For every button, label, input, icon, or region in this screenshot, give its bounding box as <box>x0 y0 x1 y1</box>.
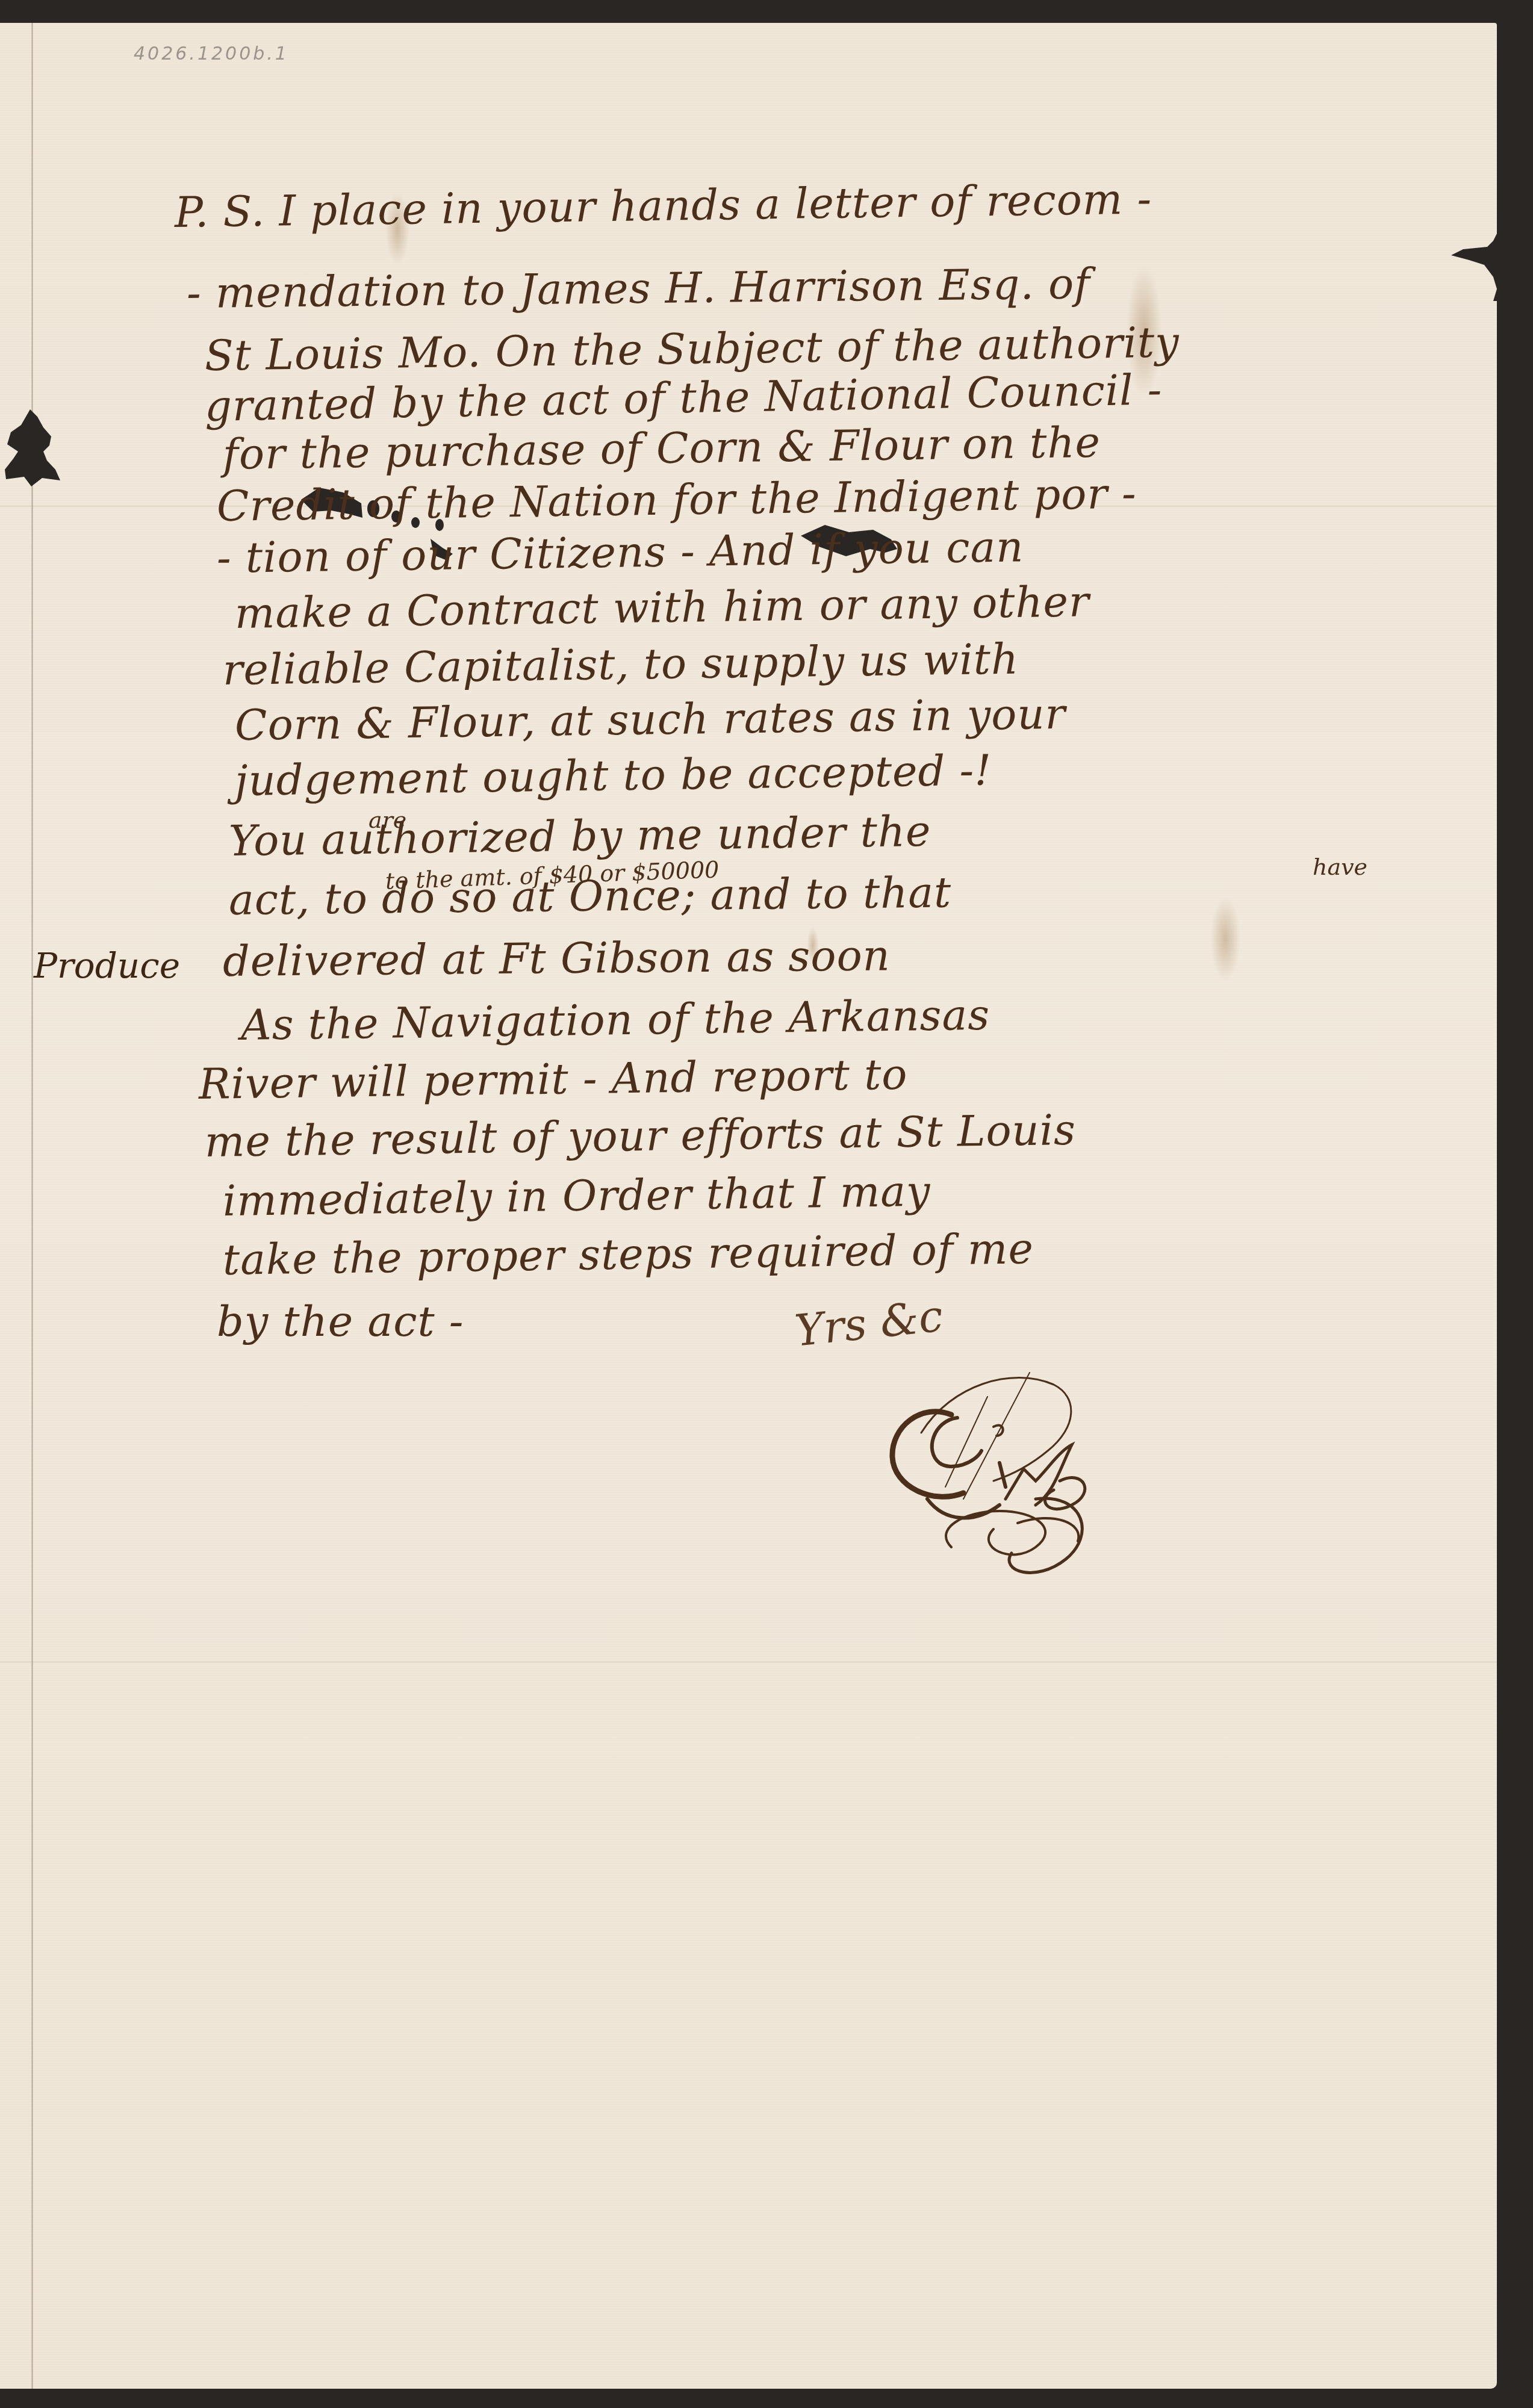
letter-line: P. S. I place in your hands a letter of … <box>175 178 1152 234</box>
letter-line: reliable Capitalist, to supply us with <box>223 638 1019 691</box>
interlinear-insertion-have: have <box>1313 854 1367 880</box>
closing-salutation: Yrs &c <box>792 1290 945 1356</box>
letter-line: for the purchase of Corn & Flour on the <box>223 421 1101 476</box>
margin-note: Produce <box>34 945 180 986</box>
letter-line: - tion of our Citizens - And if you can <box>217 526 1024 579</box>
letter-line: As the Navigation of the Arkansas <box>241 994 990 1046</box>
letter-line: - mendation to James H. Harrison Esq. of <box>187 262 1091 314</box>
letter-line: by the act - <box>217 1300 464 1342</box>
letter-line: immediately in Order that I may <box>223 1170 931 1222</box>
letter-line: act, to do so at Once; and to that <box>229 871 952 921</box>
letter-line: River will permit - And report to <box>199 1053 908 1105</box>
letter-body: P. S. I place in your hands a letter of … <box>0 0 1497 1806</box>
letter-line: Corn & Flour, at such rates as in your <box>235 693 1066 746</box>
letter-line: judgement ought to be accepted -! <box>235 749 992 802</box>
letter-line: Credit of the Nation for the Indigent po… <box>217 473 1137 527</box>
letter-line: You authorized by me under the <box>229 810 931 862</box>
letter-line: make a Contract with him or any other <box>235 580 1090 635</box>
letter-line: take the proper steps required of me <box>223 1227 1034 1281</box>
letter-line: delivered at Ft Gibson as soon <box>223 934 891 982</box>
letter-line: me the result of your efforts at St Loui… <box>205 1109 1077 1163</box>
